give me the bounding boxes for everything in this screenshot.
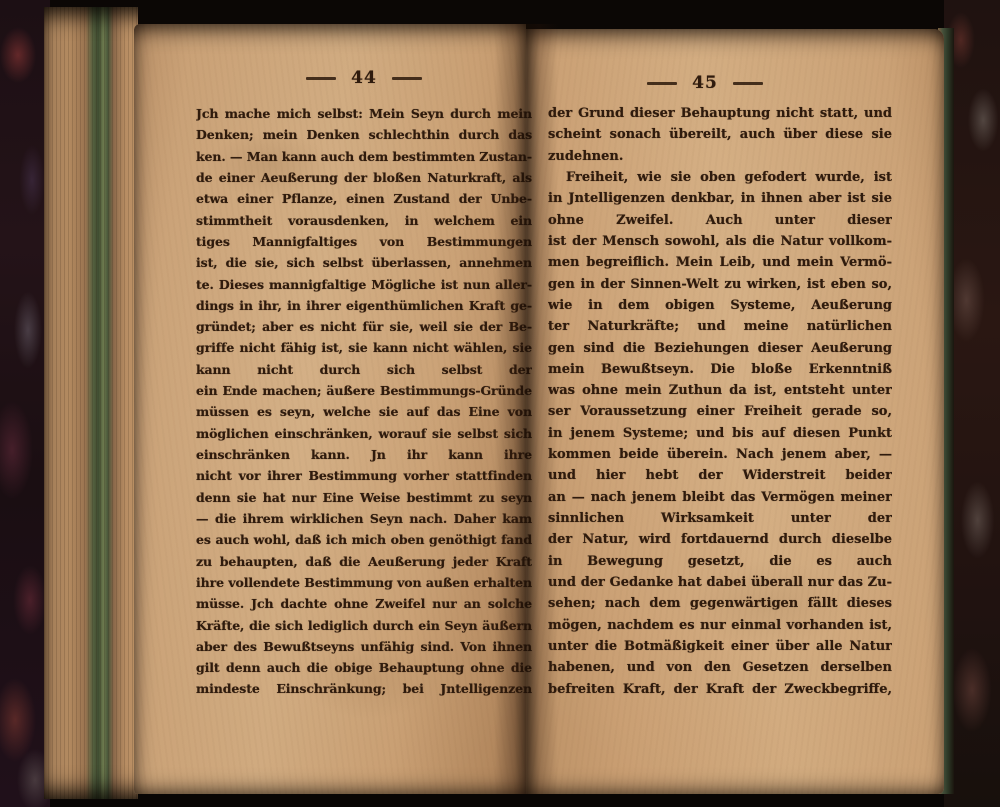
text-line: wie in dem obigen Systeme, Aeußerung bes… — [548, 295, 892, 316]
text-line: gen in der Sinnen-Welt zu wirken, ist eb… — [548, 274, 892, 295]
text-line: müssen es seyn, welche sie auf das Eine … — [196, 401, 532, 422]
text-line: ist, die sie, sich selbst überlassen, an… — [196, 252, 532, 273]
text-line: scheint sonach übereilt, auch über diese… — [548, 124, 892, 145]
text-line: de einer Aeußerung der bloßen Naturkraft… — [196, 167, 532, 188]
page-number-left: 44 — [351, 68, 377, 88]
text-line: ser Voraussetzung einer Freiheit gerade … — [548, 401, 892, 422]
text-line: sinnlichen Wirksamkeit unter der Botmäßi… — [548, 508, 892, 529]
text-line: gen sind die Beziehungen dieser Aeußerun… — [548, 338, 892, 359]
text-line: mindeste Einschränkung; bei Jntelligenze… — [196, 678, 532, 699]
page-edges-stack-left — [44, 7, 138, 799]
header-rule — [733, 82, 763, 85]
text-line: ken. — Man kann auch dem bestimmten Zust… — [196, 146, 532, 167]
text-line: müsse. Jch dachte ohne Zweifel nur an so… — [196, 593, 532, 614]
text-line: ein Ende machen; äußere Bestimmungs-Grün… — [196, 380, 532, 401]
text-line: griffe nicht fähig ist, sie kann nicht w… — [196, 337, 532, 358]
text-line: befreiten Kraft, der Kraft der Zweckbegr… — [548, 679, 892, 700]
text-line: unter die Botmäßigkeit einer über alle N… — [548, 636, 892, 657]
page-header-left: 44 — [196, 68, 532, 88]
body-text-right-paragraph-2: Freiheit, wie sie oben gefodert wurde, i… — [548, 167, 892, 700]
text-line: etwa einer Pflanze, einen Zustand der Un… — [196, 188, 532, 209]
page-number-right: 45 — [692, 73, 718, 93]
body-text-left-page: Jch mache mich selbst: Mein Seyn durch m… — [196, 103, 532, 700]
text-line: gilt denn auch die obige Behauptung ohne… — [196, 657, 532, 678]
text-line: Jch mache mich selbst: Mein Seyn durch m… — [196, 103, 532, 124]
text-line: ohne Zweifel. Auch unter dieser Vorausse… — [548, 210, 892, 231]
text-line: ter Naturkräfte; und meine natürlichen N… — [548, 316, 892, 337]
text-line: denn sie hat nur Eine Weise bestimmt zu … — [196, 487, 532, 508]
text-line: tiges Mannigfaltiges von Bestimmungen ge… — [196, 231, 532, 252]
text-line: der Grund dieser Behauptung nicht statt,… — [548, 103, 892, 124]
text-line: an — nach jenem bleibt das Vermögen mein… — [548, 487, 892, 508]
header-rule — [647, 82, 677, 85]
header-rule — [306, 77, 336, 80]
text-line: und hier hebt der Widerstreit beider Leh… — [548, 465, 892, 486]
text-line: gründet; aber es nicht für sie, weil sie… — [196, 316, 532, 337]
text-line: Denken; mein Denken schlechthin durch da… — [196, 124, 532, 145]
header-rule — [392, 77, 422, 80]
text-line: was ohne mein Zuthun da ist, entsteht un… — [548, 380, 892, 401]
text-line: zudehnen. — [548, 146, 892, 167]
text-line: und der Gedanke hat dabei überall nur da… — [548, 572, 892, 593]
text-line: mögen, nachdem es nur einmal vorhanden i… — [548, 615, 892, 636]
text-line: aber des Bewußtseyns unfähig sind. Von i… — [196, 636, 532, 657]
text-line: in Bewegung gesetzt, die es auch hervorb… — [548, 551, 892, 572]
text-line: in jenem Systeme; und bis auf diesen Pun… — [548, 423, 892, 444]
text-line: möglichen einschränken, worauf sie selbs… — [196, 423, 532, 444]
text-line: ihre vollendete Bestimmung von außen erh… — [196, 572, 532, 593]
body-text-right-paragraph-1: der Grund dieser Behauptung nicht statt,… — [548, 103, 892, 167]
text-line: kommen beide überein. Nach jenem aber, — — [548, 444, 892, 465]
text-line: einschränken kann. Jn ihr kann ihre Best… — [196, 444, 532, 465]
text-line: habenen, und von den Gesetzen derselben … — [548, 657, 892, 678]
text-line: sehen; nach dem gegenwärtigen fällt dies… — [548, 593, 892, 614]
text-line: mein Bewußtseyn. Die bloße Erkenntniß de… — [548, 359, 892, 380]
text-line: ist der Mensch sowohl, als die Natur vol… — [548, 231, 892, 252]
text-line: — die ihrem wirklichen Seyn nach. Daher … — [196, 508, 532, 529]
page-header-right: 45 — [540, 73, 870, 93]
text-line: stimmtheit vorausdenken, in welchem ein … — [196, 210, 532, 231]
text-line: nicht vor ihrer Bestimmung vorher stattf… — [196, 465, 532, 486]
text-line: kann nicht durch sich selbst der Unbesti… — [196, 359, 532, 380]
text-line: Kräfte, die sich lediglich durch ein Sey… — [196, 615, 532, 636]
text-line: dings in ihr, in ihrer eigenthümlichen K… — [196, 295, 532, 316]
text-line: men begreiflich. Mein Leib, und mein Ver… — [548, 252, 892, 273]
text-line: der Natur, wird fortdauernd durch diesel… — [548, 529, 892, 550]
text-line: es auch wohl, daß ich mich oben genöthig… — [196, 529, 532, 550]
text-line: zu behaupten, daß die Aeußerung jeder Kr… — [196, 551, 532, 572]
text-line: in Jntelligenzen denkbar, in ihnen aber … — [548, 188, 892, 209]
text-line: Freiheit, wie sie oben gefodert wurde, i… — [548, 167, 892, 188]
text-line: te. Dieses mannigfaltige Mögliche ist nu… — [196, 274, 532, 295]
book-spread-photo: 44 45 Jch mache mich selbst: Mein Seyn d… — [0, 0, 1000, 807]
marbled-cover-left — [0, 0, 50, 807]
